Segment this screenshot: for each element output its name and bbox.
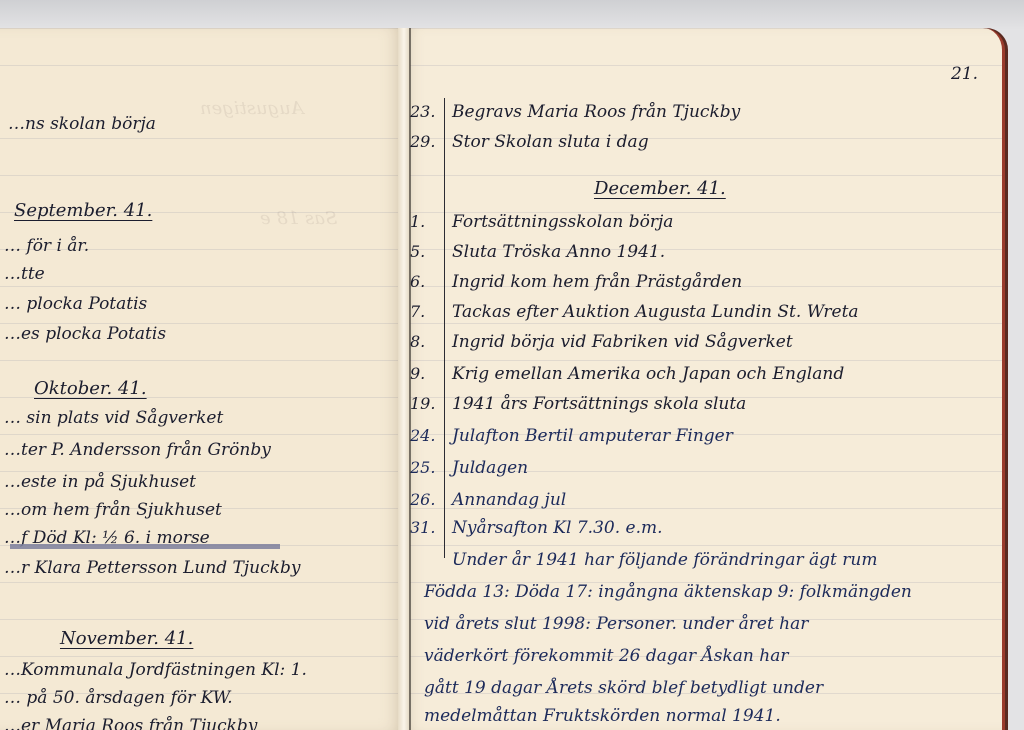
bleed-through-text: Sas 18 e [260,208,337,229]
oktober-line-4: …om hem från Sjukhuset [4,500,222,520]
entry-text: Nyårsafton Kl 7.30. e.m. [452,518,663,538]
entry-day: 6. [410,272,440,292]
left-line-1: …ns skolan börja [8,114,156,134]
entry-day: 8. [410,332,440,352]
year-summary-line-4: väderkört förekommit 26 dagar Åskan har [424,646,788,666]
year-summary-line-3: vid årets slut 1998: Personer. under åre… [424,614,808,634]
oktober-line-2: …ter P. Andersson från Grönby [4,440,271,460]
entry-day: 24. [410,426,440,446]
year-summary-line-6: medelmåttan Fruktskörden normal 1941. [424,706,781,726]
oktober-line-6: …r Klara Pettersson Lund Tjuckby [4,558,300,578]
year-summary-line-1: Under år 1941 har följande förändringar … [452,550,878,570]
entry-day: 25. [410,458,440,478]
page-number: 21. [951,64,978,84]
entry-day: 23. [410,102,440,122]
month-heading-december: December. 41. [594,178,726,199]
entry-day: 29. [410,132,440,152]
september-line-1: … för i år. [4,236,89,256]
november-line-1: …Kommunala Jordfästningen Kl: 1. [4,660,307,680]
left-page: Augustigen Sas 18 e …ns skolan börja Sep… [0,28,404,730]
november-line-3: …er Maria Roos från Tjuckby [4,716,257,730]
entry-text: Annandag jul [452,490,566,510]
month-heading-oktober: Oktober. 41. [34,378,147,399]
september-line-4: …es plocka Potatis [4,324,166,344]
right-page: 21. 23. Begravs Maria Roos från Tjuckby … [404,28,1005,730]
entry-text: Ingrid börja vid Fabriken vid Sågverket [452,332,793,352]
open-notebook: Augustigen Sas 18 e …ns skolan börja Sep… [0,28,1006,730]
entry-day: 19. [410,394,440,414]
bleed-through-text: Augustigen [200,98,304,119]
oktober-line-1: … sin plats vid Sågverket [4,408,223,428]
entry-text: Ingrid kom hem från Prästgården [452,272,742,292]
entry-day: 7. [410,302,440,322]
scanned-diary-spread: Augustigen Sas 18 e …ns skolan börja Sep… [0,0,1024,730]
entry-day: 26. [410,490,440,510]
entry-day: 9. [410,364,440,384]
margin-rule [444,98,445,558]
entry-text: Tackas efter Auktion Augusta Lundin St. … [452,302,859,322]
september-line-2: …tte [4,264,45,284]
entry-text: Krig emellan Amerika och Japan och Engla… [452,364,844,384]
entry-text: Begravs Maria Roos från Tjuckby [452,102,740,122]
gutter-shadow [409,28,411,730]
oktober-line-3: …este in på Sjukhuset [4,472,196,492]
entry-day: 31. [410,518,440,538]
year-summary-line-5: gått 19 dagar Årets skörd blef betydligt… [424,678,823,698]
entry-text: Julafton Bertil amputerar Finger [452,426,733,446]
november-line-2: … på 50. årsdagen för KW. [4,688,233,708]
month-heading-november: November. 41. [60,628,193,649]
entry-day: 5. [410,242,440,262]
september-line-3: … plocka Potatis [4,294,147,314]
entry-day: 1. [410,212,440,232]
year-summary-line-2: Födda 13: Döda 17: ingångna äktenskap 9:… [424,582,912,602]
entry-text: 1941 års Fortsättnings skola sluta [452,394,746,414]
entry-text: Sluta Tröska Anno 1941. [452,242,665,262]
pencil-underline-mark [10,544,280,549]
entry-text: Stor Skolan sluta i dag [452,132,649,152]
entry-text: Fortsättningsskolan börja [452,212,673,232]
entry-text: Juldagen [452,458,528,478]
month-heading-september: September. 41. [14,200,152,221]
